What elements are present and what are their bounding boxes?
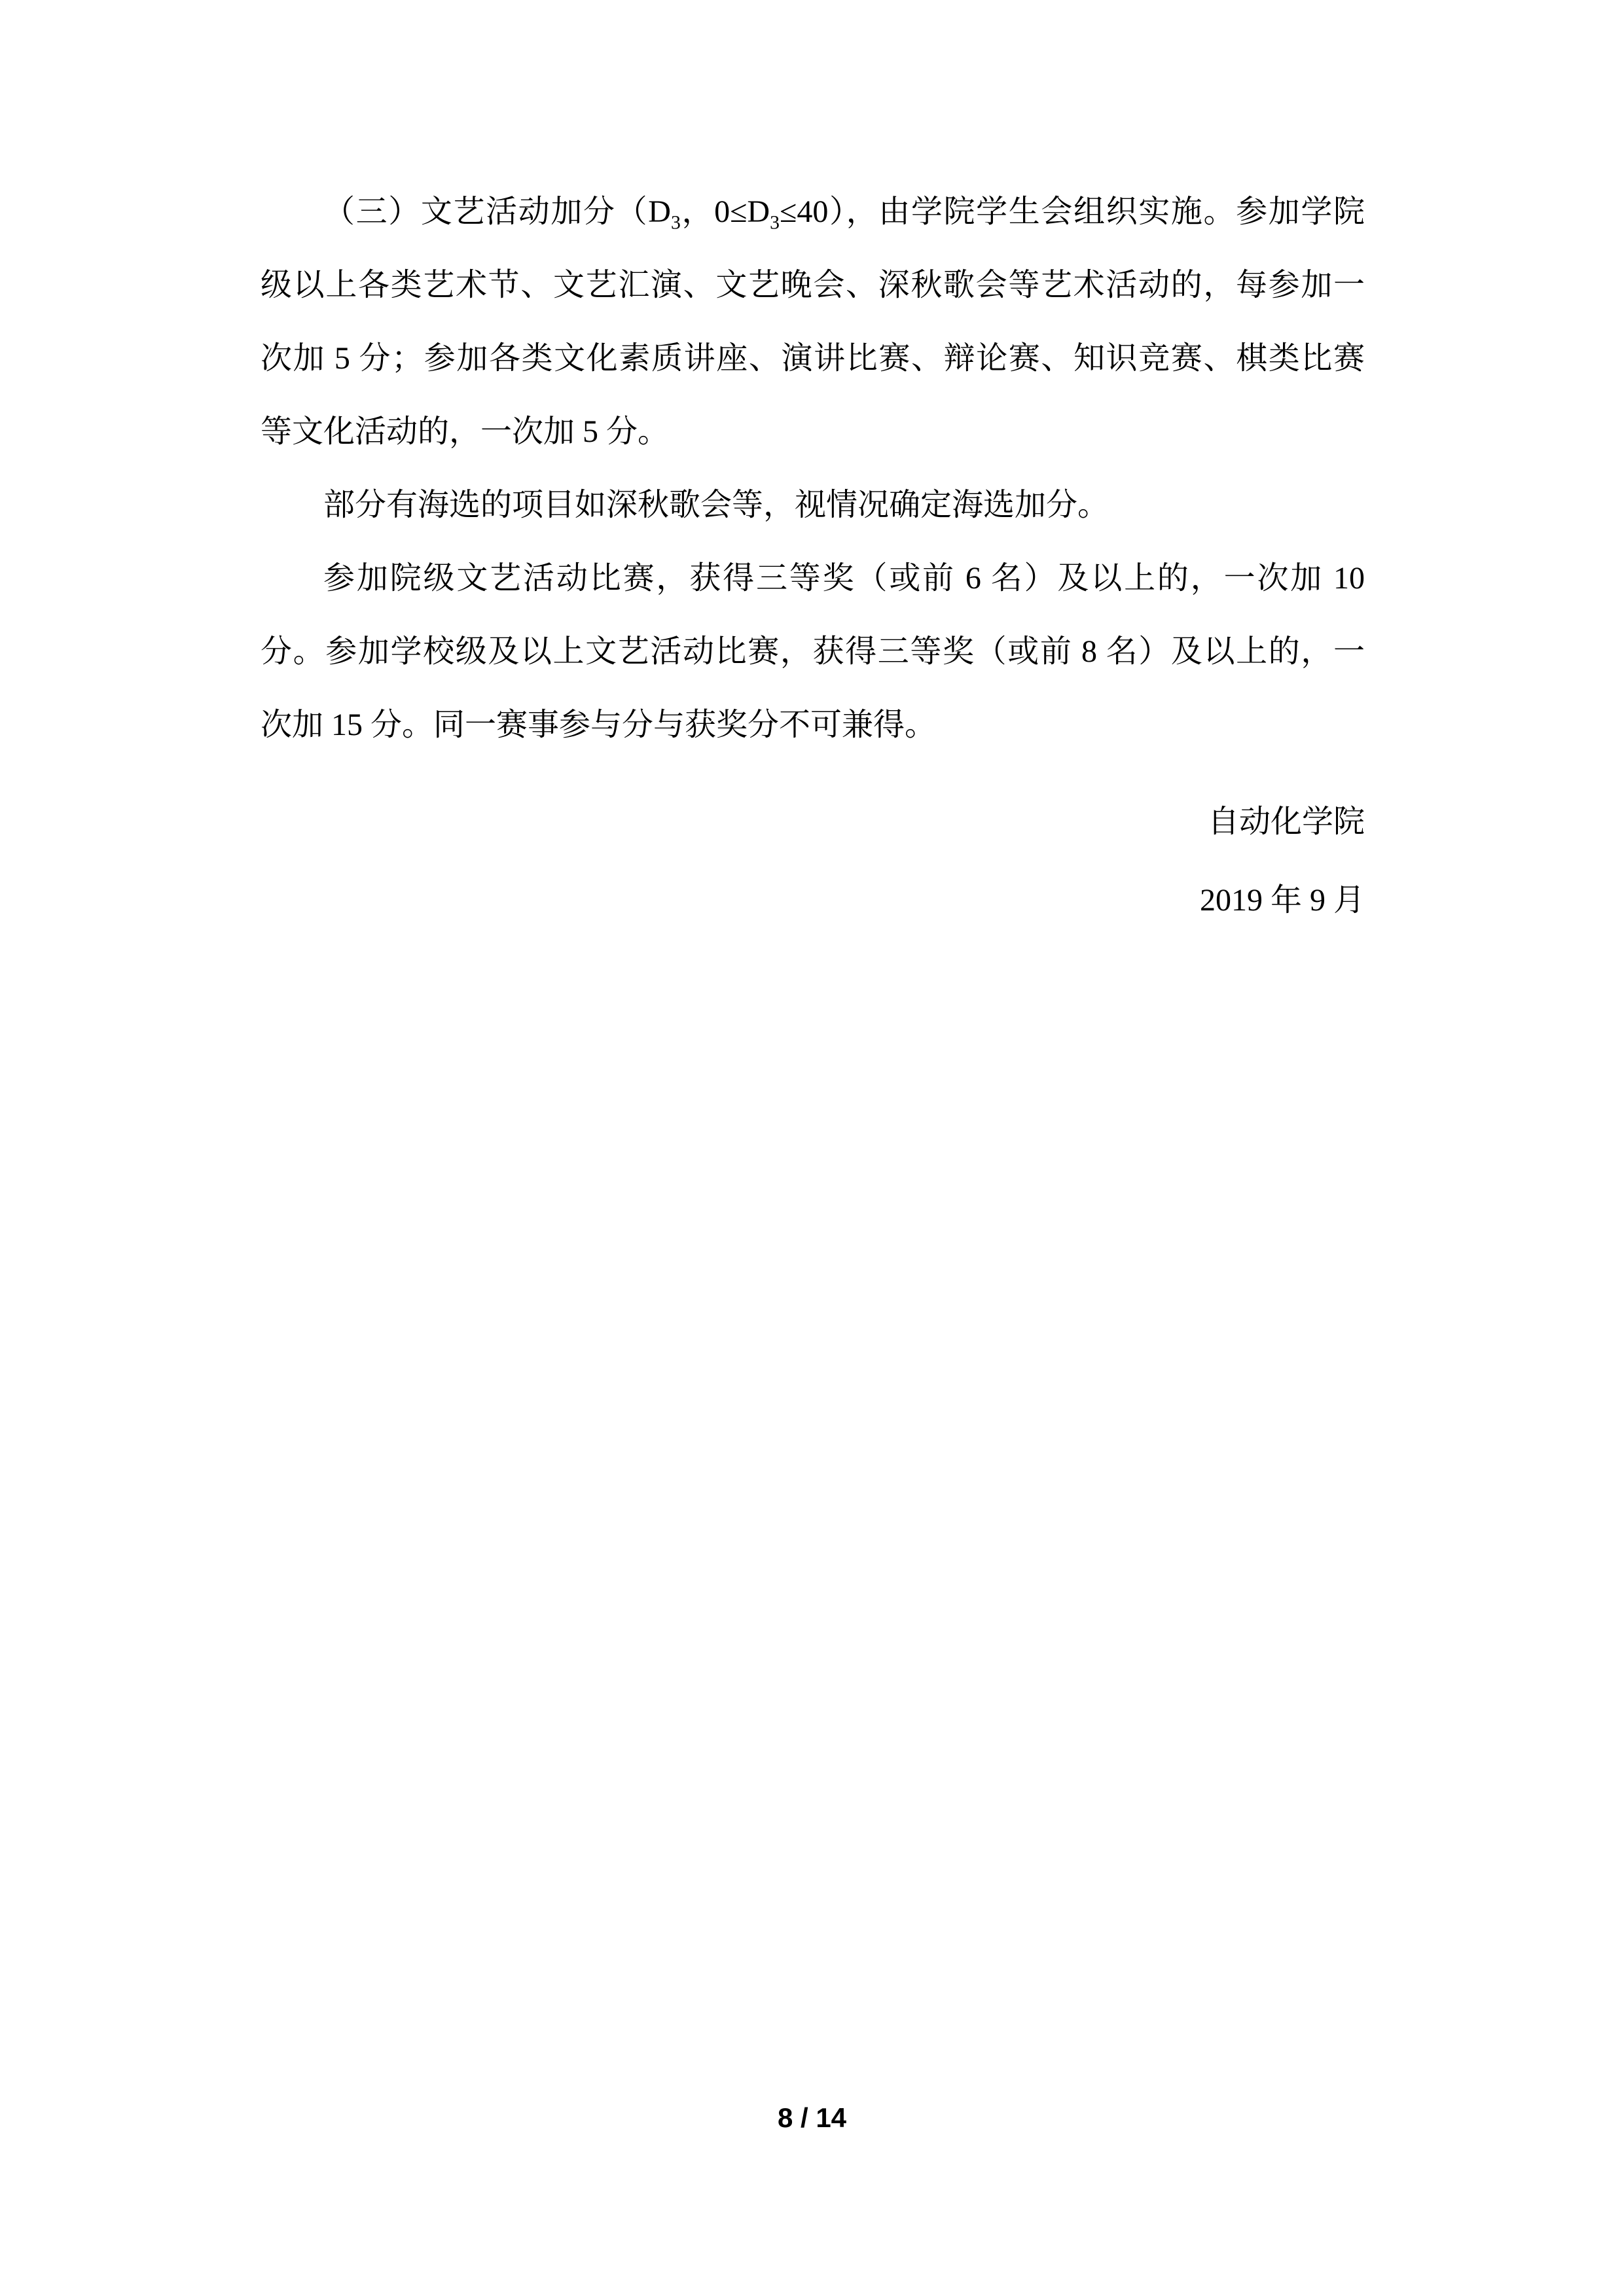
paragraph-competition-awards-line-2: 分。参加学校级及以上文艺活动比赛，获得三等奖（或前 8 名）及以上的，一: [261, 615, 1365, 689]
signature-date: 2019 年 9 月: [261, 861, 1365, 940]
paragraph-arts-bonus-line-1: （三）文艺活动加分（D3，0≤D3≤40），由学院学生会组织实施。参加学院: [261, 175, 1365, 249]
paragraph-competition-awards-line-3: 次加 15 分。同一赛事参与分与获奖分不可兼得。: [261, 689, 1365, 762]
signature-block: 自动化学院 2019 年 9 月: [261, 783, 1365, 940]
page-number-footer: 8 / 14: [0, 2104, 1624, 2132]
line-text: ≤40），由学院学生会组织实施。参加学院: [780, 194, 1365, 229]
paragraph-audition-line-1: 部分有海选的项目如深秋歌会等，视情况确定海选加分。: [261, 469, 1365, 542]
text-block: （三）文艺活动加分（D3，0≤D3≤40），由学院学生会组织实施。参加学院 级以…: [261, 175, 1365, 762]
subscript-3: 3: [770, 212, 780, 234]
signature-org: 自动化学院: [261, 783, 1365, 861]
paragraph-arts-bonus-line-3: 次加 5 分；参加各类文化素质讲座、演讲比赛、辩论赛、知识竞赛、棋类比赛: [261, 322, 1365, 395]
paragraph-arts-bonus-line-2: 级以上各类艺术节、文艺汇演、文艺晚会、深秋歌会等艺术活动的，每参加一: [261, 249, 1365, 322]
paragraph-arts-bonus-line-4: 等文化活动的，一次加 5 分。: [261, 395, 1365, 469]
line-text: ，0≤D: [681, 194, 770, 229]
document-page: （三）文艺活动加分（D3，0≤D3≤40），由学院学生会组织实施。参加学院 级以…: [0, 0, 1624, 2296]
line-text: （三）文艺活动加分（D: [323, 194, 671, 229]
subscript-3: 3: [671, 212, 681, 234]
paragraph-competition-awards-line-1: 参加院级文艺活动比赛，获得三等奖（或前 6 名）及以上的，一次加 10: [261, 542, 1365, 615]
